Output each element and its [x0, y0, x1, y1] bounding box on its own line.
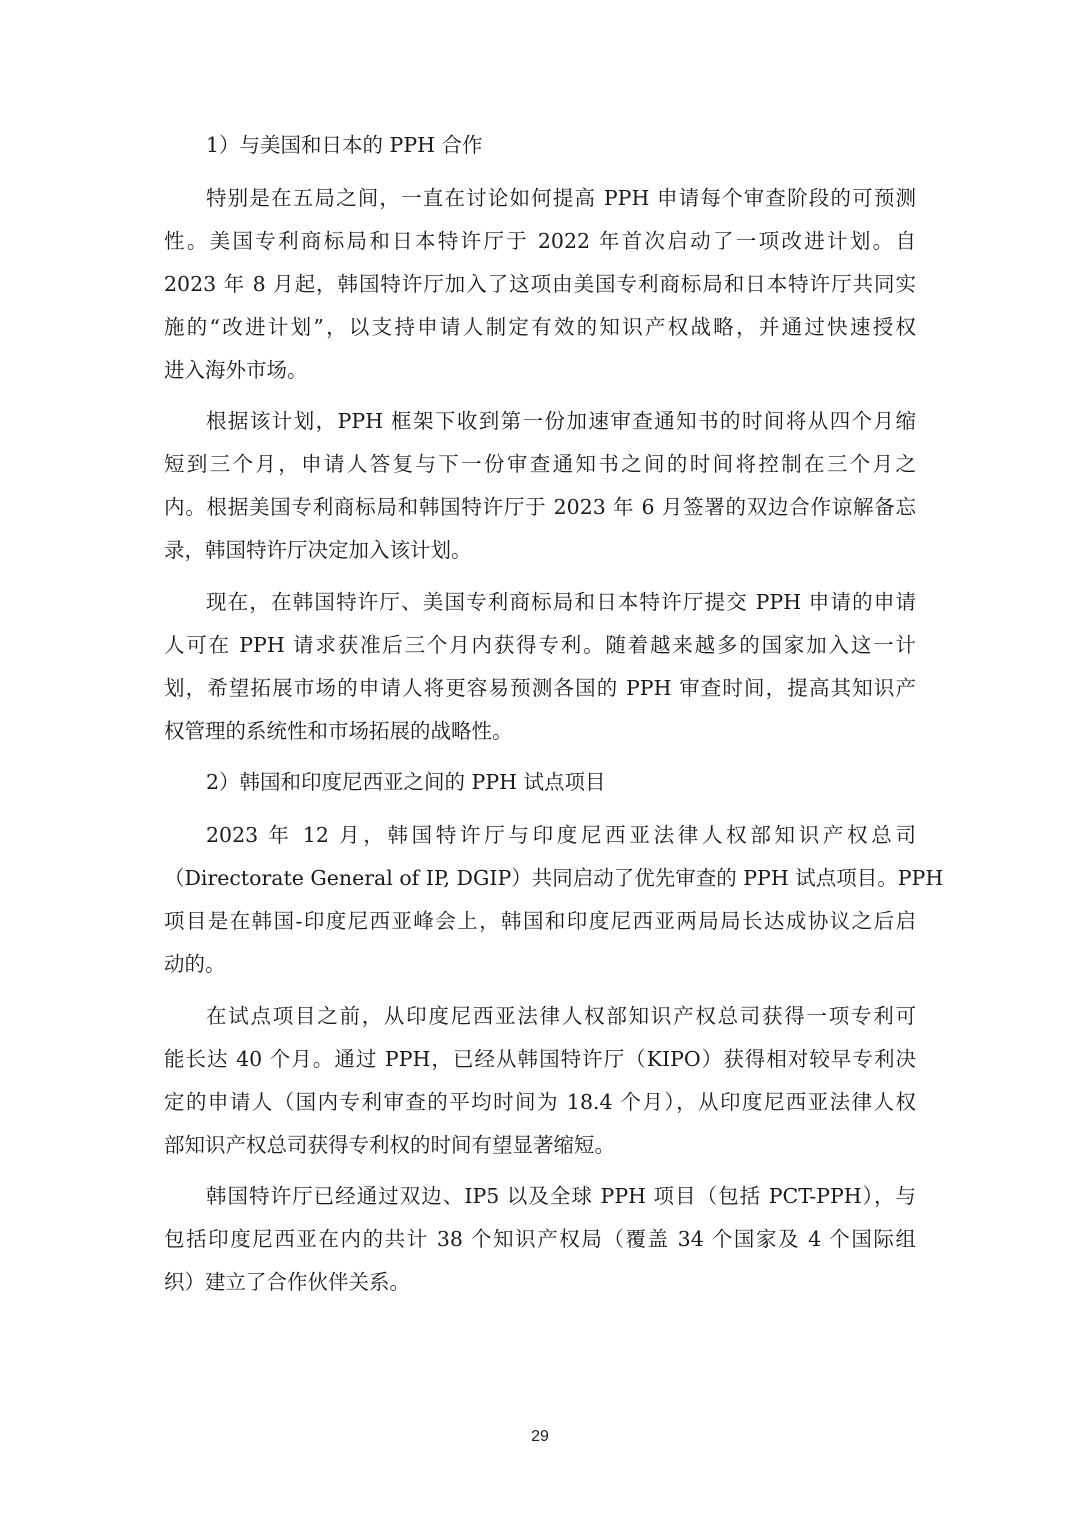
paragraph-line: 现在，在韩国特许厅、美国专利商标局和日本特许厅提交 PPH 申请的申请 [206, 588, 916, 616]
paragraph-line: 定的申请人（国内专利审查的平均时间为 18.4 个月），从印度尼西亚法律人权 [164, 1088, 916, 1116]
paragraph-line: 部知识产权总司获得专利权的时间有望显著缩短。 [164, 1131, 916, 1159]
section-heading-2: 2）韩国和印度尼西亚之间的 PPH 试点项目 [206, 768, 916, 796]
paragraph-line: 根据该计划，PPH 框架下收到第一份加速审查通知书的时间将从四个月缩 [206, 407, 916, 435]
paragraph-line: 项目是在韩国-印度尼西亚峰会上，韩国和印度尼西亚两局局长达成协议之后启 [164, 907, 916, 935]
page-number: 29 [0, 1428, 1080, 1446]
paragraph-line: 特别是在五局之间，一直在讨论如何提高 PPH 申请每个审查阶段的可预测 [206, 184, 916, 212]
paragraph-line: 录，韩国特许厅决定加入该计划。 [164, 536, 916, 564]
paragraph-line: 进入海外市场。 [164, 356, 916, 384]
paragraph-line: 短到三个月，申请人答复与下一份审查通知书之间的时间将控制在三个月之 [164, 450, 916, 478]
paragraph-line: 2023 年 8 月起，韩国特许厅加入了这项由美国专利商标局和日本特许厅共同实 [164, 270, 916, 298]
paragraph-line: 2023 年 12 月，韩国特许厅与印度尼西亚法律人权部知识产权总司 [206, 821, 916, 849]
paragraph-line: 织）建立了合作伙伴关系。 [164, 1268, 916, 1296]
paragraph-line: 在试点项目之前，从印度尼西亚法律人权部知识产权总司获得一项专利可 [206, 1002, 916, 1030]
document-page: 1）与美国和日本的 PPH 合作 特别是在五局之间，一直在讨论如何提高 PPH … [0, 0, 1080, 1528]
paragraph-line: （Directorate General of IP, DGIP）共同启动了优先… [164, 864, 916, 892]
paragraph-line: 性。美国专利商标局和日本特许厅于 2022 年首次启动了一项改进计划。自 [164, 227, 916, 255]
paragraph-line: 能长达 40 个月。通过 PPH，已经从韩国特许厅（KIPO）获得相对较早专利决 [164, 1045, 916, 1073]
paragraph-line: 内。根据美国专利商标局和韩国特许厅于 2023 年 6 月签署的双边合作谅解备忘 [164, 493, 916, 521]
paragraph-line: 包括印度尼西亚在内的共计 38 个知识产权局（覆盖 34 个国家及 4 个国际组 [164, 1225, 916, 1253]
paragraph-line: 动的。 [164, 950, 916, 978]
paragraph-line: 划，希望拓展市场的申请人将更容易预测各国的 PPH 审查时间，提高其知识产 [164, 674, 916, 702]
paragraph-line: 施的“改进计划”，以支持申请人制定有效的知识产权战略，并通过快速授权 [164, 313, 916, 341]
paragraph-line: 人可在 PPH 请求获准后三个月内获得专利。随着越来越多的国家加入这一计 [164, 631, 916, 659]
paragraph-line: 权管理的系统性和市场拓展的战略性。 [164, 717, 916, 745]
section-heading-1: 1）与美国和日本的 PPH 合作 [206, 131, 916, 159]
paragraph-line: 韩国特许厅已经通过双边、IP5 以及全球 PPH 项目（包括 PCT-PPH），… [206, 1182, 916, 1210]
